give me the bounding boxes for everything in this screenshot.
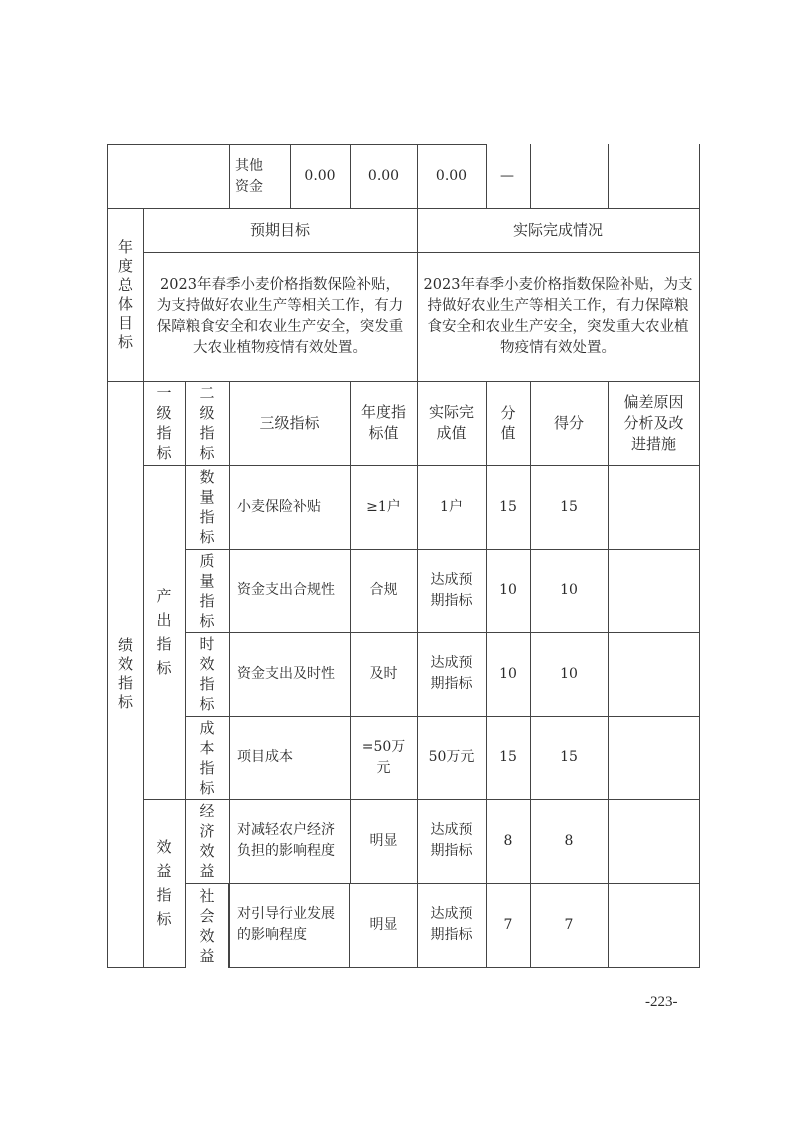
header-score: 得分 [530, 381, 609, 466]
table-row-level3: 对减轻农户经济负担的影响程度 [229, 799, 351, 884]
funding-empty-2 [608, 144, 700, 209]
level3-text: 对减轻农户经济负担的影响程度 [237, 820, 347, 862]
actual-text: 达成预期指标 [429, 820, 475, 862]
table-row-target: ≥1户 [350, 465, 418, 550]
level2-text: 社会效益 [200, 886, 215, 966]
annual-goal-label-text: 年度总体目标 [118, 238, 133, 352]
expected-goal-text: 2023年春季小麦价格指数保险补贴，为支持做好农业生产等相关工作，有力保障粮食安… [143, 252, 418, 382]
table-row-actual: 50万元 [417, 716, 487, 800]
table-row-level3: 资金支出合规性 [229, 549, 351, 633]
table-row-actual: 达成预期指标 [417, 549, 487, 633]
table-row-score: 10 [530, 549, 609, 633]
table-row-level2: 质量指标 [185, 549, 230, 633]
table-row-actual: 达成预期指标 [417, 632, 487, 717]
table-row-score: 15 [530, 716, 609, 800]
table-row-level3: 对引导行业发展的影响程度 [228, 883, 350, 968]
actual-goal-header: 实际完成情况 [417, 208, 700, 253]
table-row-target: 明显 [350, 799, 418, 884]
table-row-deviation [608, 632, 700, 717]
table-row-level3: 小麦保险补贴 [229, 465, 351, 550]
target-text: =50万元 [359, 737, 409, 779]
level1-benefit: 效益指标 [143, 799, 186, 968]
header-deviation: 偏差原因分析及改进措施 [608, 381, 700, 466]
level2-text: 质量指标 [200, 551, 215, 631]
funding-empty-1 [530, 144, 609, 209]
table-row-deviation [608, 883, 700, 968]
funding-row-blank [107, 144, 230, 209]
table-row-level2: 社会效益 [185, 883, 230, 968]
table-row-target: 明显 [350, 883, 418, 968]
header-weight: 分值 [486, 381, 531, 466]
actual-text: 达成预期指标 [429, 904, 475, 946]
table-row-target: 及时 [350, 632, 418, 717]
actual-goal-text: 2023年春季小麦价格指数保险补贴，为支持做好农业生产等相关工作，有力保障粮食安… [417, 252, 700, 382]
table-row-score: 15 [530, 465, 609, 550]
table-row-level2: 成本指标 [185, 716, 230, 800]
header-annual-target-text: 年度指标值 [361, 402, 407, 444]
table-row-actual: 1户 [417, 465, 487, 550]
header-actual-value: 实际完成值 [417, 381, 487, 466]
table-row-weight: 7 [486, 883, 531, 968]
table-row-deviation [608, 716, 700, 800]
table-row-level2: 数量指标 [185, 465, 230, 550]
level1-output-text: 产出指标 [157, 584, 172, 680]
table-row-level2: 时效指标 [185, 632, 230, 717]
annual-goal-label: 年度总体目标 [107, 208, 144, 382]
header-annual-target: 年度指标值 [350, 381, 418, 466]
header-level2: 二级指标 [185, 381, 230, 466]
performance-label: 绩效指标 [107, 381, 144, 968]
table-row-actual: 达成预期指标 [417, 883, 487, 968]
page-number: -223- [645, 994, 678, 1011]
table-row-weight: 15 [486, 716, 531, 800]
header-level1-text: 一级指标 [157, 383, 172, 463]
funding-value-3: 0.00 [417, 144, 487, 209]
level2-text: 成本指标 [200, 718, 215, 798]
header-deviation-text: 偏差原因分析及改进措施 [623, 392, 685, 455]
header-weight-text: 分值 [501, 403, 516, 443]
table-row-score: 8 [530, 799, 609, 884]
funding-source-text: 其他资金 [235, 156, 265, 198]
level2-text: 时效指标 [200, 634, 215, 714]
funding-source-label: 其他资金 [229, 144, 291, 209]
level2-text: 经济效益 [200, 801, 215, 881]
header-level2-text: 二级指标 [200, 383, 215, 463]
table-row-deviation [608, 465, 700, 550]
header-level3: 三级指标 [229, 381, 351, 466]
table-row-level3: 项目成本 [229, 716, 351, 800]
performance-label-text: 绩效指标 [118, 636, 133, 712]
funding-rate: — [486, 144, 531, 209]
expected-goal-header: 预期目标 [143, 208, 418, 253]
table-row-actual: 达成预期指标 [417, 799, 487, 884]
header-level1: 一级指标 [143, 381, 186, 466]
actual-text: 达成预期指标 [429, 570, 475, 612]
table-row-level3: 资金支出及时性 [229, 632, 351, 717]
header-actual-value-text: 实际完成值 [429, 402, 475, 444]
level1-output: 产出指标 [143, 465, 186, 800]
funding-value-1: 0.00 [290, 144, 351, 209]
actual-text: 达成预期指标 [429, 653, 475, 695]
table-row-weight: 10 [486, 632, 531, 717]
table-row-weight: 8 [486, 799, 531, 884]
table-row-weight: 15 [486, 465, 531, 550]
table-row-deviation [608, 549, 700, 633]
table-row-score: 10 [530, 632, 609, 717]
table-row-target: =50万元 [350, 716, 418, 800]
table-row-target: 合规 [350, 549, 418, 633]
level2-text: 数量指标 [200, 467, 215, 547]
table-row-weight: 10 [486, 549, 531, 633]
level3-text: 对引导行业发展的影响程度 [237, 904, 347, 946]
level1-benefit-text: 效益指标 [157, 835, 172, 931]
table-row-deviation [608, 799, 700, 884]
funding-value-2: 0.00 [350, 144, 418, 209]
table-row-level2: 经济效益 [185, 799, 230, 884]
table-row-score: 7 [530, 883, 609, 968]
